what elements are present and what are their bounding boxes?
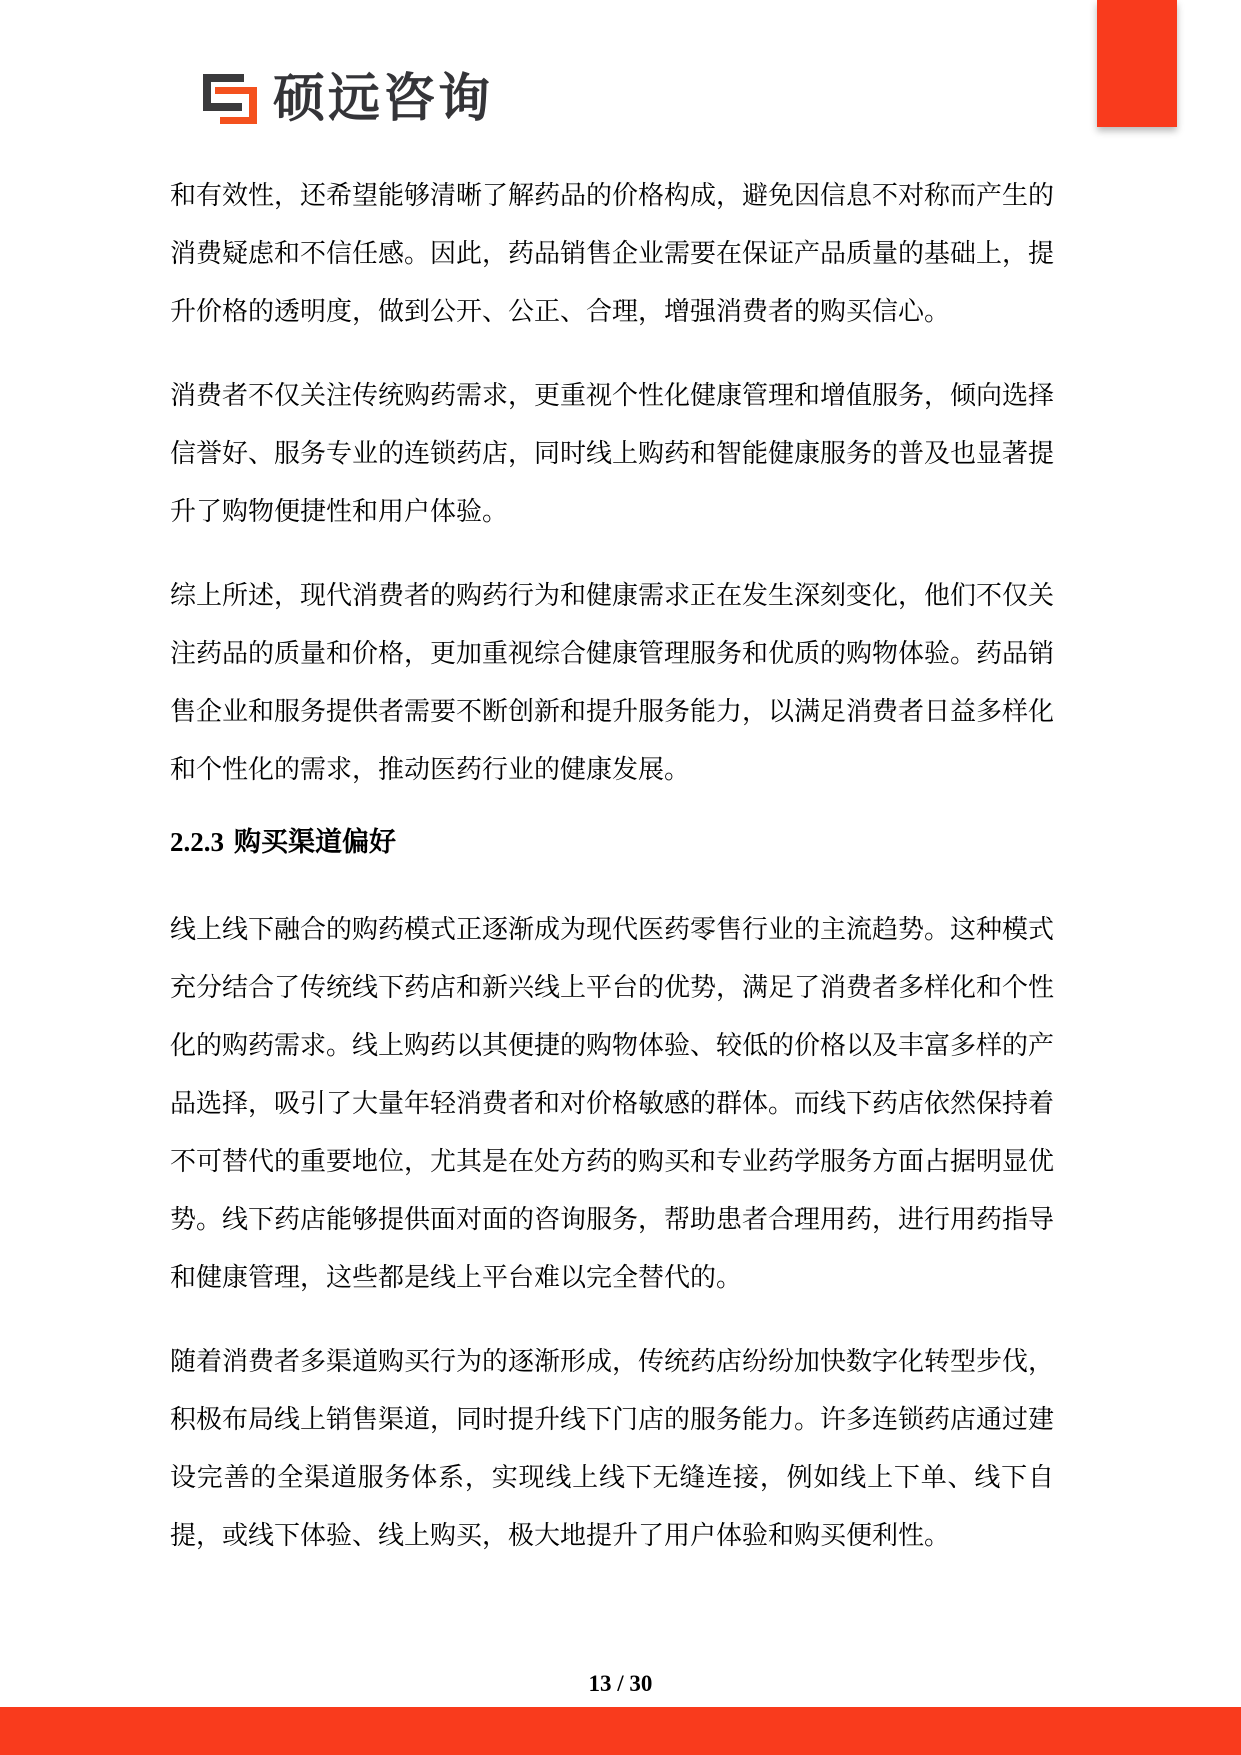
page-number-indicator: 13 / 30 (0, 1671, 1241, 1697)
paragraph: 综上所述，现代消费者的购药行为和健康需求正在发生深刻变化，他们不仅关注药品的质量… (170, 566, 1054, 798)
top-right-accent-block (1097, 0, 1177, 127)
paragraph: 和有效性，还希望能够清晰了解药品的价格构成，避免因信息不对称而产生的消费疑虑和不… (170, 166, 1054, 340)
document-body: 和有效性，还希望能够清晰了解药品的价格构成，避免因信息不对称而产生的消费疑虑和不… (170, 166, 1054, 1590)
paragraph: 随着消费者多渠道购买行为的逐渐形成，传统药店纷纷加快数字化转型步伐，积极布局线上… (170, 1332, 1054, 1564)
logo-interlocked-s-icon (203, 74, 258, 125)
bottom-accent-bar (0, 1707, 1241, 1755)
section-heading-number: 2.2.3 (170, 827, 224, 857)
section-heading-title: 购买渠道偏好 (234, 827, 396, 857)
logo-text: 硕远咨询 (273, 72, 493, 127)
company-logo: 硕远咨询 (203, 72, 493, 127)
section-heading: 2.2.3购买渠道偏好 (170, 824, 1054, 860)
paragraph: 线上线下融合的购药模式正逐渐成为现代医药零售行业的主流趋势。这种模式充分结合了传… (170, 900, 1054, 1306)
paragraph: 消费者不仅关注传统购药需求，更重视个性化健康管理和增值服务，倾向选择信誉好、服务… (170, 366, 1054, 540)
